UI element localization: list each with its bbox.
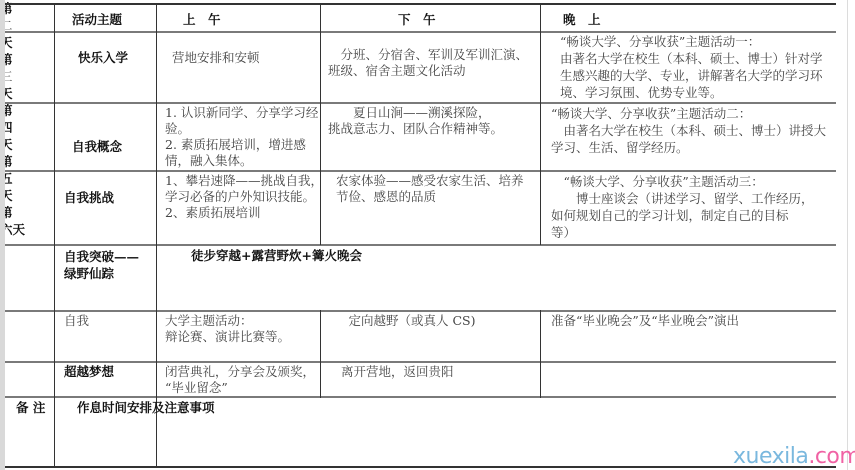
notes-content: 作息时间安排及注意事项: [77, 400, 215, 416]
col-divider: [540, 3, 541, 245]
row-divider: [5, 310, 836, 312]
row5-morning: 大学主题活动： 辩论赛、演讲比赛等。: [165, 313, 290, 345]
col-divider: [320, 310, 321, 398]
row2-evening: “畅谈大学、分享收获”主题活动二： 由著名大学在校生（本科、硕士、博士）讲授大 …: [551, 105, 826, 156]
row2-afternoon: 夏日山涧——溯溪探险， 挑战意志力、团队合作精神等。: [328, 105, 503, 137]
row3-afternoon: 农家体验——感受农家生活、培养 节俭、感恩的品质: [336, 173, 524, 205]
watermark-logo: xuexila.com: [733, 444, 855, 469]
col-divider: [540, 310, 541, 398]
schedule-table: 活动主题 上 午 下 午 晚 上 快乐入学 营地安排和安顿 分班、分宿舍、军训及…: [0, 0, 855, 238]
row6-theme: 超越梦想: [64, 364, 114, 380]
row3-theme: 自我挑战: [64, 190, 114, 206]
right-edge-line: [847, 0, 848, 470]
row6-afternoon: 离开营地，返回贵阳: [341, 364, 454, 380]
row1-afternoon: 分班、分宿舍、军训及军训汇演、 班级、宿舍主题文化活动: [328, 47, 528, 79]
row-divider: [5, 396, 836, 398]
row1-morning: 营地安排和安顿: [172, 50, 260, 66]
table-top-border: [5, 3, 836, 5]
row1-theme: 快乐入学: [78, 50, 128, 66]
row-divider: [5, 244, 836, 246]
row3-morning: 1、攀岩速降——挑战自我， 学习必备的户外知识技能。 2、素质拓展培训: [165, 173, 323, 221]
table-bottom-border: [5, 466, 836, 468]
row2-morning: 1. 认识新同学、分享学习经 验。 2. 素质拓展培训，增进感 情，融入集体。: [165, 105, 318, 169]
row4-merged-activity: 徒步穿越+露营野炊+篝火晚会: [191, 248, 362, 264]
header-morning: 上 午: [183, 12, 221, 28]
row5-theme: 自我: [64, 313, 89, 329]
row5-evening: 准备“毕业晚会”及“毕业晚会”演出: [551, 313, 739, 329]
col-divider: [156, 3, 157, 399]
row5-afternoon: 定向越野（或真人 CS): [336, 313, 475, 329]
notes-label: 备 注: [16, 400, 45, 416]
row2-theme: 自我概念: [72, 139, 122, 155]
left-margin-bar: [0, 0, 5, 470]
row-divider: [5, 102, 836, 104]
header-evening: 晚 上: [563, 12, 601, 28]
row-divider: [5, 170, 836, 172]
row3-evening: “畅谈大学、分享收获”主题活动三： 博士座谈会（讲述学习、留学、工作经历， 如何…: [551, 173, 814, 241]
header-afternoon: 下 午: [398, 12, 436, 28]
row4-theme: 自我突破—— 绿野仙踪: [64, 248, 139, 282]
row1-evening: “畅谈大学、分享收获”主题活动一： 由著名大学在校生（本科、硕士、博士）针对学 …: [560, 33, 823, 101]
col-divider: [54, 3, 55, 468]
header-theme: 活动主题: [72, 12, 122, 28]
row6-morning: 闭营典礼，分享会及颁奖， “毕业留念”: [165, 364, 315, 396]
row-divider: [5, 361, 836, 363]
